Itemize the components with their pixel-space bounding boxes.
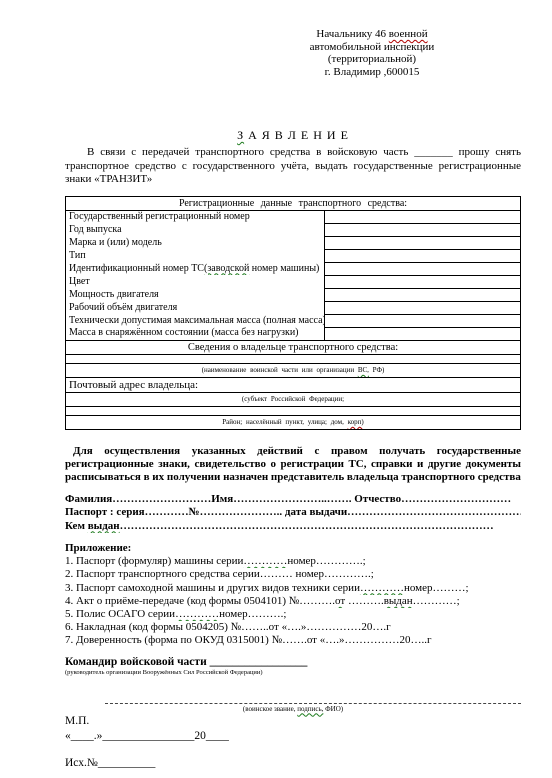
- attachment-item: 4. Акт о приёме-передаче (код формы 0504…: [65, 595, 521, 608]
- postal-subject-caption: (субъект Российской Федерации;: [66, 392, 521, 406]
- vehicle-row-label: Рабочий объём двигателя: [66, 301, 325, 314]
- representative-passport-line: Паспорт : серия…………№………………….. дата выдач…: [65, 506, 521, 520]
- attachment-item: 5. Полис ОСАГО серии…………номер……….;: [65, 608, 521, 621]
- vehicle-row-label: Технически допустимая максимальная масса…: [66, 314, 325, 327]
- vehicle-row-value-cell[interactable]: [325, 288, 521, 301]
- table-row: Государственный регистрационный номер: [66, 210, 521, 223]
- table-row: Масса в снаряжённом состоянии (масса без…: [66, 327, 521, 340]
- vehicle-row-value-cell[interactable]: [325, 236, 521, 249]
- representative-name-line: Фамилия………………………Имя……………………..……. Отчеств…: [65, 493, 521, 507]
- table-row: Рабочий объём двигателя: [66, 301, 521, 314]
- table-row: Тип: [66, 249, 521, 262]
- vehicle-data-table: Регистрационные данные транспортного сре…: [65, 196, 521, 430]
- vehicle-row-value-cell[interactable]: [325, 301, 521, 314]
- attachment-item: 7. Доверенность (форма по ОКУД 0315001) …: [65, 634, 521, 647]
- attachments-header: Приложение:: [65, 542, 521, 555]
- vehicle-table-section-header: Регистрационные данные транспортного сре…: [66, 196, 521, 210]
- vehicle-row-label: Государственный регистрационный номер: [66, 210, 325, 223]
- recipient-block: Начальнику 46 военной автомобильной инсп…: [247, 28, 497, 78]
- signature-caption: (воинское звание, подпись, ФИО): [65, 705, 521, 714]
- table-row: Марка и (или) модель: [66, 236, 521, 249]
- vehicle-row-value-cell[interactable]: [325, 275, 521, 288]
- document-content: Начальнику 46 военной автомобильной инсп…: [0, 0, 552, 769]
- recipient-line: Начальнику 46 военной: [247, 28, 497, 41]
- table-row: Идентификационный номер ТС(заводской ном…: [66, 262, 521, 275]
- intro-paragraph: В связи с передачей транспортного средст…: [65, 146, 521, 187]
- commander-line: Командир войсковой части _______________…: [65, 656, 521, 668]
- recipient-line: (территориальной): [247, 53, 497, 66]
- vehicle-row-label: Тип: [66, 249, 325, 262]
- application-form-page: Начальнику 46 военной автомобильной инсп…: [0, 0, 552, 778]
- vehicle-row-value-cell[interactable]: [325, 249, 521, 262]
- vehicle-row-value-cell[interactable]: [325, 262, 521, 275]
- vehicle-row-value-cell[interactable]: [325, 210, 521, 223]
- postal-address-label: Почтовый адрес владельца:: [66, 377, 521, 392]
- owner-name-caption: (наименование воинской части или организ…: [66, 363, 521, 377]
- table-row: Мощность двигателя: [66, 288, 521, 301]
- table-row: Цвет: [66, 275, 521, 288]
- table-row: Год выпуска: [66, 223, 521, 236]
- vehicle-row-value-cell[interactable]: [325, 223, 521, 236]
- signature-line[interactable]: [105, 697, 521, 704]
- outgoing-number: Исх.№__________: [65, 757, 521, 769]
- vehicle-row-label: Идентификационный номер ТС(заводской ном…: [66, 262, 325, 275]
- postal-address-fill-cell[interactable]: [66, 406, 521, 415]
- attachment-item: 6. Накладная (код формы 0504205) №……..от…: [65, 621, 521, 634]
- vehicle-row-label: Год выпуска: [66, 223, 325, 236]
- attachment-item: 3. Паспорт самоходной машины и других ви…: [65, 582, 521, 595]
- vehicle-row-label: Масса в снаряжённом состоянии (масса без…: [66, 327, 325, 340]
- attachment-item: 2. Паспорт транспортного средства серии……: [65, 568, 521, 581]
- recipient-line: автомобильной инспекции: [247, 41, 497, 54]
- representative-issuer-line: Кем выдан……………………………………………………………………………………: [65, 520, 521, 534]
- representative-block: Фамилия………………………Имя……………………..……. Отчеств…: [65, 493, 521, 534]
- owner-section-header: Сведения о владельце транспортного средс…: [66, 340, 521, 354]
- recipient-line: г. Владимир ,600015: [247, 66, 497, 79]
- authorization-paragraph: Для осуществления указанных действий с п…: [65, 445, 521, 484]
- date-line: «____.»________________20____: [65, 730, 521, 742]
- owner-name-fill-cell[interactable]: [66, 354, 521, 363]
- vehicle-row-label: Мощность двигателя: [66, 288, 325, 301]
- vehicle-row-value-cell[interactable]: [325, 314, 521, 327]
- vehicle-row-value-cell[interactable]: [325, 327, 521, 340]
- stamp-mark: М.П.: [65, 715, 521, 727]
- vehicle-row-label: Марка и (или) модель: [66, 236, 325, 249]
- document-title: З А Я В Л Е Н И Е: [65, 128, 521, 143]
- attachments-block: Приложение: 1. Паспорт (формуляр) машины…: [65, 542, 521, 648]
- commander-caption: (руководитель организации Вооружённых Си…: [65, 669, 521, 677]
- vehicle-row-label: Цвет: [66, 275, 325, 288]
- attachment-item: 1. Паспорт (формуляр) машины серии…………но…: [65, 555, 521, 568]
- postal-district-caption: Район; населённый пункт, улица; дом, кор…: [66, 415, 521, 429]
- table-row: Технически допустимая максимальная масса…: [66, 314, 521, 327]
